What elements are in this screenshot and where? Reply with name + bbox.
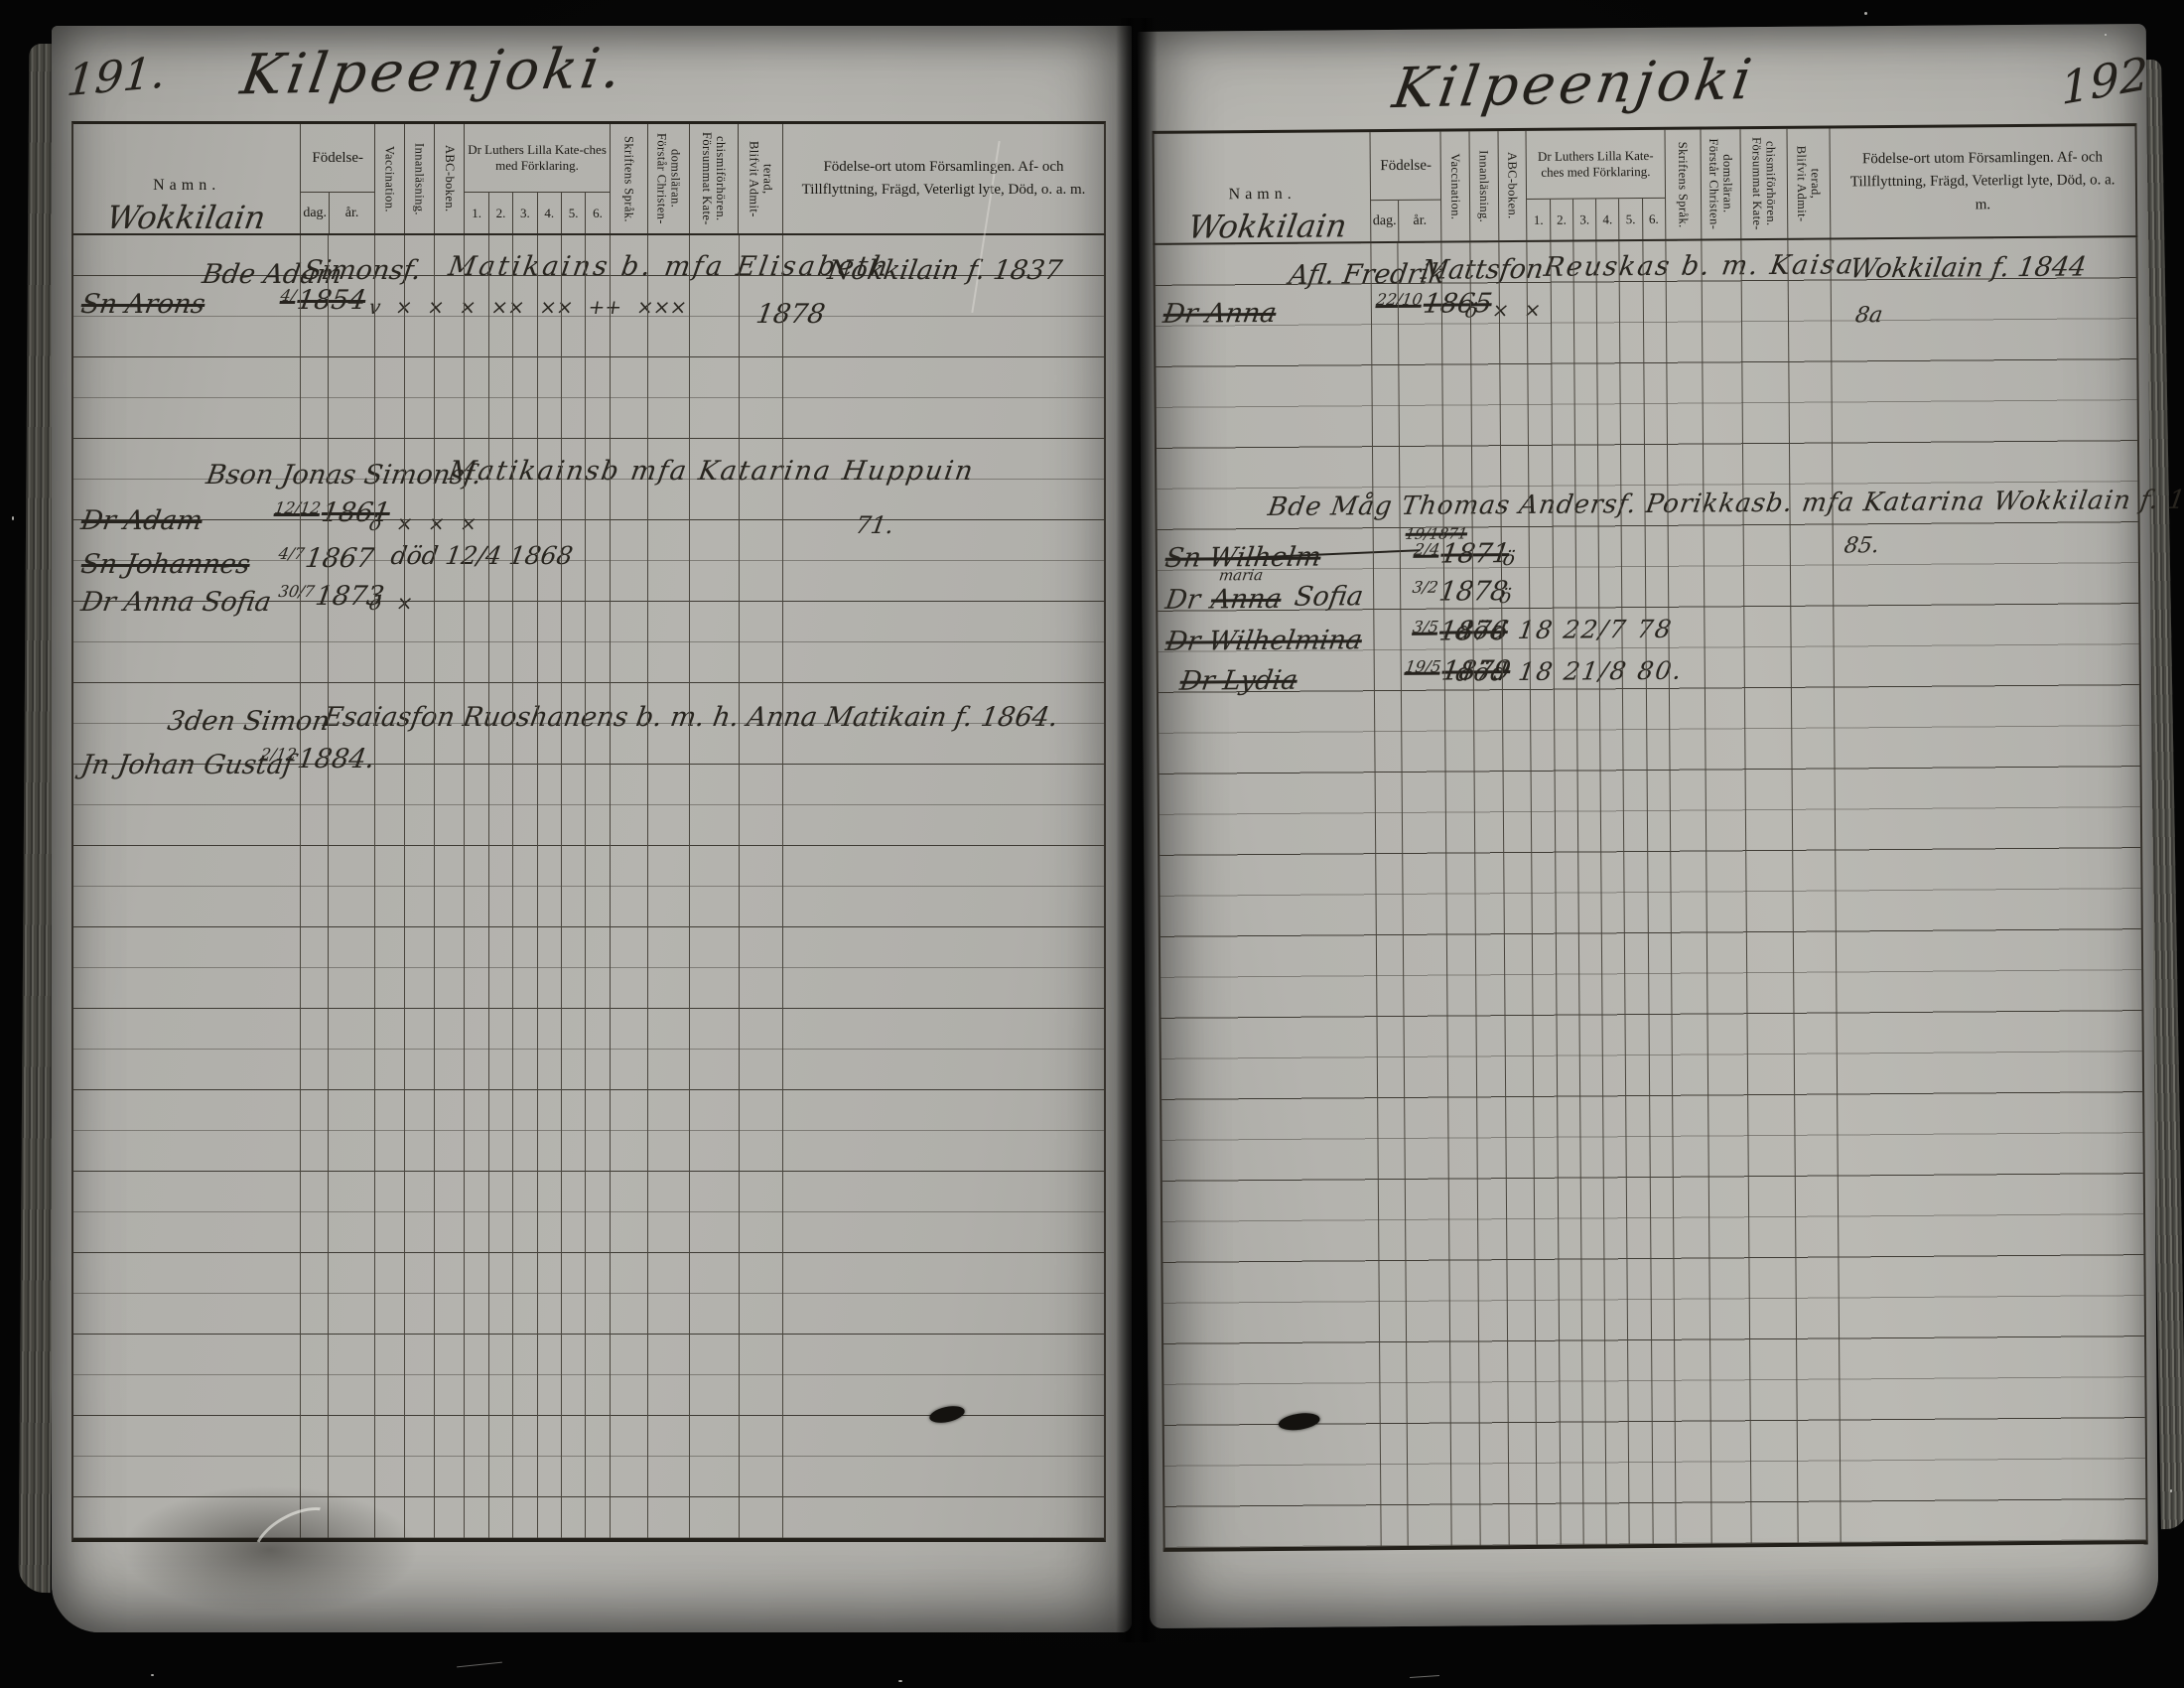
column-rule bbox=[782, 235, 783, 1538]
entry-name-struck: Anna bbox=[1209, 586, 1283, 614]
col-fodelseort: Födelse-ort utom Församlingen. Af- och T… bbox=[782, 124, 1104, 233]
register-grid: Bde Adam Simonsf. Matikains b. mfa Elisa… bbox=[71, 235, 1106, 1542]
column-rule bbox=[1470, 242, 1481, 1545]
scratch bbox=[1410, 1675, 1439, 1678]
col-forstar: Förstår Christen-domsläran. bbox=[647, 124, 689, 233]
entry-birthdate: 4/71867 bbox=[276, 545, 376, 572]
col-dag: dag. bbox=[301, 193, 329, 233]
column-rule bbox=[374, 235, 375, 1538]
column-rule bbox=[1397, 243, 1408, 1546]
column-rule bbox=[404, 235, 405, 1538]
col-blifvit: Blifvit Admit-terad, bbox=[1787, 129, 1830, 238]
col-forsummat: Försummat Kate-chismiförhören. bbox=[689, 124, 739, 233]
col-namn: Namn. Wokkilain bbox=[73, 124, 300, 233]
col-fodelse: Födelse- dag. år. bbox=[300, 124, 374, 233]
column-rule bbox=[1830, 240, 1841, 1543]
column-rule bbox=[1619, 241, 1630, 1544]
column-rule bbox=[1740, 240, 1751, 1543]
col-ar: år. bbox=[1398, 201, 1441, 241]
col-namn: Namn. Wokkilain bbox=[1155, 132, 1371, 243]
entry-exam-marks: ö × × bbox=[1463, 300, 1542, 321]
scanned-register-photo: 191. Kilpeenjoki. Namn. Wokkilain Födels… bbox=[0, 0, 2184, 1688]
register-grid: Afl. Fredrik Mattsfon Reuskas b. m. Kais… bbox=[1153, 237, 2147, 1552]
right-page: 192 Kilpeenjoki Namn. Wokkilain Födelse-… bbox=[1138, 24, 2159, 1628]
col-innanlasning: Innanläsning. bbox=[1469, 131, 1499, 240]
dust-speck bbox=[151, 1674, 154, 1676]
page-number: 191. bbox=[65, 48, 168, 106]
left-page: 191. Kilpeenjoki. Namn. Wokkilain Födels… bbox=[52, 26, 1132, 1632]
entry-name: 3den Simon bbox=[166, 708, 332, 735]
entry-note: Reuskas b. m. Kaisa bbox=[1543, 251, 1857, 280]
col-dag: dag. bbox=[1371, 201, 1398, 241]
col-skriftens: Skriftens Språk. bbox=[1664, 130, 1701, 239]
column-rule bbox=[300, 235, 301, 1538]
entry-note: Matikainsb mfa Katarina Huppuin bbox=[447, 458, 977, 485]
entry-birthplace: Wokkilain f. 1844 bbox=[1848, 253, 2089, 282]
column-rule bbox=[1498, 242, 1509, 1545]
entry-admitted-year: 8a bbox=[1853, 305, 1883, 327]
column-rule bbox=[739, 235, 740, 1538]
column-rule bbox=[561, 235, 562, 1538]
entry-name: Sn Johannes bbox=[79, 551, 252, 578]
entry-name: Bson Jonas Simonsf. bbox=[205, 462, 483, 489]
page-number: 192 bbox=[2060, 47, 2150, 115]
col-forstar: Förstår Christen-domsläran. bbox=[1701, 129, 1740, 238]
column-rule bbox=[647, 235, 648, 1538]
col-vaccination: Vaccination. bbox=[374, 124, 404, 233]
col-skriftens: Skriftens Språk. bbox=[610, 124, 647, 233]
entry-name: Dr Wilhelmina bbox=[1163, 627, 1363, 655]
column-rule bbox=[434, 235, 435, 1538]
dust-speck bbox=[2105, 34, 2107, 36]
column-rule bbox=[1595, 241, 1606, 1544]
entry-exam-marks: ö × × × bbox=[367, 513, 478, 533]
column-rule bbox=[1550, 242, 1561, 1545]
table-header: Namn. Wokkilain Födelse- dag. år. Vaccin… bbox=[71, 121, 1106, 235]
column-rule bbox=[1527, 242, 1538, 1545]
register-table: Namn. Wokkilain Födelse- dag. år. Vaccin… bbox=[1152, 123, 2147, 1552]
entry-name: Sn Arons bbox=[79, 291, 207, 318]
col-fodelse: Födelse- dag. år. bbox=[1370, 132, 1441, 242]
column-rule bbox=[512, 235, 513, 1538]
col-namn-label: Namn. bbox=[1229, 186, 1297, 205]
entry-name: Sofia bbox=[1293, 583, 1365, 611]
entry-name: Dr Anna Sofia bbox=[79, 589, 273, 616]
column-rule bbox=[537, 235, 538, 1538]
dust-speck bbox=[2170, 1489, 2172, 1492]
col-ar: år. bbox=[329, 193, 374, 233]
col-fodelseort: Födelse-ort utom Församlingen. Af- och T… bbox=[1829, 126, 2135, 237]
entry-birthdate: 3/21878 bbox=[1410, 578, 1510, 606]
dust-speck bbox=[898, 1680, 902, 1682]
column-rule bbox=[1441, 243, 1452, 1546]
ink-blot bbox=[1278, 1411, 1321, 1433]
dust-speck bbox=[1864, 12, 1867, 15]
column-rule bbox=[1788, 240, 1799, 1543]
register-table: Namn. Wokkilain Födelse- dag. år. Vaccin… bbox=[71, 121, 1106, 1542]
column-rule bbox=[585, 235, 586, 1538]
dust-speck bbox=[12, 516, 14, 520]
table-header: Namn. Wokkilain Födelse- dag. år. Vaccin… bbox=[1152, 123, 2137, 245]
family-surname: Wokkilain bbox=[1186, 210, 1349, 242]
entry-death-note: död 18 22/7 78 bbox=[1454, 617, 1675, 643]
column-rule bbox=[1642, 241, 1653, 1544]
col-blifvit: Blifvit Admit-terad, bbox=[738, 124, 782, 233]
column-rule bbox=[328, 235, 329, 1538]
column-rule bbox=[1572, 242, 1583, 1545]
entry-correction: maria bbox=[1218, 568, 1264, 583]
column-rule bbox=[689, 235, 690, 1538]
family-surname: Wokkilain bbox=[104, 202, 267, 233]
page-heading: Kilpeenjoki. bbox=[236, 37, 629, 108]
entry-admitted-year: 1878 bbox=[754, 301, 827, 328]
entry-name: Dr Anna bbox=[1161, 300, 1279, 328]
ink-blot bbox=[928, 1403, 966, 1425]
column-rule bbox=[1371, 243, 1382, 1546]
entry-name: Dr Lydia bbox=[1178, 667, 1299, 695]
column-rule bbox=[1665, 241, 1676, 1544]
entry-death-note: död 12/4 1868 bbox=[389, 543, 575, 568]
column-rule bbox=[610, 235, 611, 1538]
entry-birthplace: Nokkilain f. 1837 bbox=[826, 257, 1064, 284]
entry-note: Bde Måg Thomas Andersf. Porikkasb. mfa K… bbox=[1267, 487, 2184, 520]
entry-name: Dr Adam bbox=[79, 507, 205, 534]
column-rule bbox=[1702, 241, 1712, 1544]
column-rule bbox=[464, 235, 465, 1538]
entry-birthdate: 2/41871 bbox=[1412, 540, 1512, 568]
column-rule bbox=[488, 235, 489, 1538]
entry-exam-marks: ö bbox=[1501, 548, 1516, 568]
entry-name-prefix: Dr bbox=[1163, 587, 1202, 614]
entry-birthdate: 2/121884. bbox=[258, 746, 377, 773]
scratch bbox=[457, 1662, 502, 1668]
col-innanlasning: Innanläsning. bbox=[404, 124, 434, 233]
col-namn-label: Namn. bbox=[153, 177, 220, 195]
col-forsummat: Försummat Kate-chismiförhören. bbox=[1739, 129, 1787, 238]
entry-birthdate: 4/1854 bbox=[278, 287, 368, 314]
entry-death-note: död 18 21/8 80. bbox=[1454, 658, 1685, 685]
col-katekes: Dr Luthers Lilla Kate-ches med Förklarin… bbox=[1526, 130, 1665, 240]
entry-admitted-year: 85. bbox=[1843, 535, 1880, 557]
page-heading: Kilpeenjoki bbox=[1389, 48, 1760, 121]
entry-exam-marks: v × × × ×× ×× ++ ××× bbox=[367, 297, 688, 317]
book-binding-gutter bbox=[1116, 18, 1158, 1642]
entry-note: Esaiasfon Ruoshanens b. m. h. Anna Matik… bbox=[322, 704, 1060, 731]
col-katekes: Dr Luthers Lilla Kate-ches med Förklarin… bbox=[464, 124, 609, 233]
entry-admitted-year: 71. bbox=[854, 513, 895, 537]
col-vaccination: Vaccination. bbox=[1440, 131, 1470, 240]
